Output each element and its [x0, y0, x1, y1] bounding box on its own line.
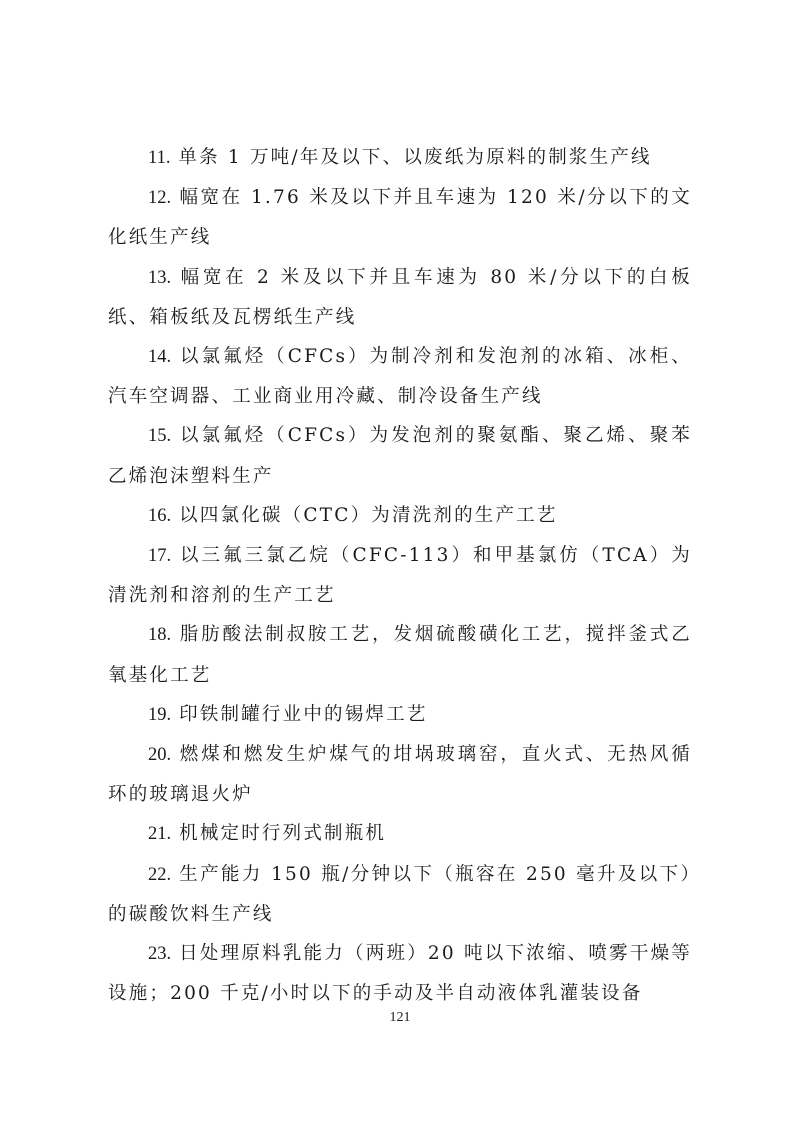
item-number: 12.: [148, 188, 171, 208]
list-item: 12.幅宽在 1.76 米及以下并且车速为 120 米/分以下的文化纸生产线: [108, 178, 692, 257]
document-page: 11.单条 1 万吨/年及以下、以废纸为原料的制浆生产线 12.幅宽在 1.76…: [0, 0, 800, 1131]
item-text: 以三氟三氯乙烷（CFC-113）和甲基氯仿（TCA）为清洗剂和溶剂的生产工艺: [108, 545, 692, 606]
item-number: 15.: [148, 426, 171, 446]
item-list: 11.单条 1 万吨/年及以下、以废纸为原料的制浆生产线 12.幅宽在 1.76…: [108, 138, 692, 1013]
list-item: 16.以四氯化碳（CTC）为清洗剂的生产工艺: [108, 496, 692, 536]
item-text: 以四氯化碳（CTC）为清洗剂的生产工艺: [179, 505, 557, 526]
list-item: 15.以氯氟烃（CFCs）为发泡剂的聚氨酯、聚乙烯、聚苯乙烯泡沫塑料生产: [108, 416, 692, 495]
item-number: 19.: [148, 705, 171, 725]
item-text: 幅宽在 1.76 米及以下并且车速为 120 米/分以下的文化纸生产线: [108, 187, 692, 248]
list-item: 14.以氯氟烃（CFCs）为制冷剂和发泡剂的冰箱、冰柜、汽车空调器、工业商业用冷…: [108, 337, 692, 416]
item-number: 13.: [148, 268, 171, 288]
list-item: 19.印铁制罐行业中的锡焊工艺: [108, 695, 692, 735]
item-number: 14.: [148, 347, 171, 367]
item-text: 脂肪酸法制叔胺工艺，发烟硫酸磺化工艺，搅拌釜式乙氧基化工艺: [108, 624, 692, 685]
list-item: 17.以三氟三氯乙烷（CFC-113）和甲基氯仿（TCA）为清洗剂和溶剂的生产工…: [108, 536, 692, 615]
item-number: 20.: [148, 745, 171, 765]
item-text: 幅宽在 2 米及以下并且车速为 80 米/分以下的白板纸、箱板纸及瓦楞纸生产线: [108, 267, 692, 328]
item-text: 单条 1 万吨/年及以下、以废纸为原料的制浆生产线: [178, 147, 651, 168]
list-item: 23.日处理原料乳能力（两班）20 吨以下浓缩、喷雾干燥等设施；200 千克/小…: [108, 934, 692, 1013]
list-item: 11.单条 1 万吨/年及以下、以废纸为原料的制浆生产线: [108, 138, 692, 178]
list-item: 20.燃煤和燃发生炉煤气的坩埚玻璃窑，直火式、无热风循环的玻璃退火炉: [108, 735, 692, 814]
item-number: 18.: [148, 625, 171, 645]
item-number: 23.: [148, 944, 171, 964]
list-item: 13.幅宽在 2 米及以下并且车速为 80 米/分以下的白板纸、箱板纸及瓦楞纸生…: [108, 258, 692, 337]
item-text: 燃煤和燃发生炉煤气的坩埚玻璃窑，直火式、无热风循环的玻璃退火炉: [108, 744, 692, 805]
item-text: 日处理原料乳能力（两班）20 吨以下浓缩、喷雾干燥等设施；200 千克/小时以下…: [108, 943, 692, 1004]
page-number: 121: [0, 1010, 800, 1026]
item-number: 11.: [148, 148, 170, 168]
list-item: 22.生产能力 150 瓶/分钟以下（瓶容在 250 毫升及以下）的碳酸饮料生产…: [108, 855, 692, 934]
item-number: 22.: [148, 865, 171, 885]
item-text: 生产能力 150 瓶/分钟以下（瓶容在 250 毫升及以下）的碳酸饮料生产线: [108, 864, 692, 925]
item-text: 以氯氟烃（CFCs）为发泡剂的聚氨酯、聚乙烯、聚苯乙烯泡沫塑料生产: [108, 425, 692, 486]
item-number: 17.: [148, 546, 171, 566]
item-text: 以氯氟烃（CFCs）为制冷剂和发泡剂的冰箱、冰柜、汽车空调器、工业商业用冷藏、制…: [108, 346, 692, 407]
list-item: 21.机械定时行列式制瓶机: [108, 814, 692, 854]
item-number: 16.: [148, 506, 171, 526]
list-item: 18.脂肪酸法制叔胺工艺，发烟硫酸磺化工艺，搅拌釜式乙氧基化工艺: [108, 615, 692, 694]
item-text: 印铁制罐行业中的锡焊工艺: [179, 704, 427, 725]
item-number: 21.: [148, 824, 171, 844]
item-text: 机械定时行列式制瓶机: [179, 823, 386, 844]
